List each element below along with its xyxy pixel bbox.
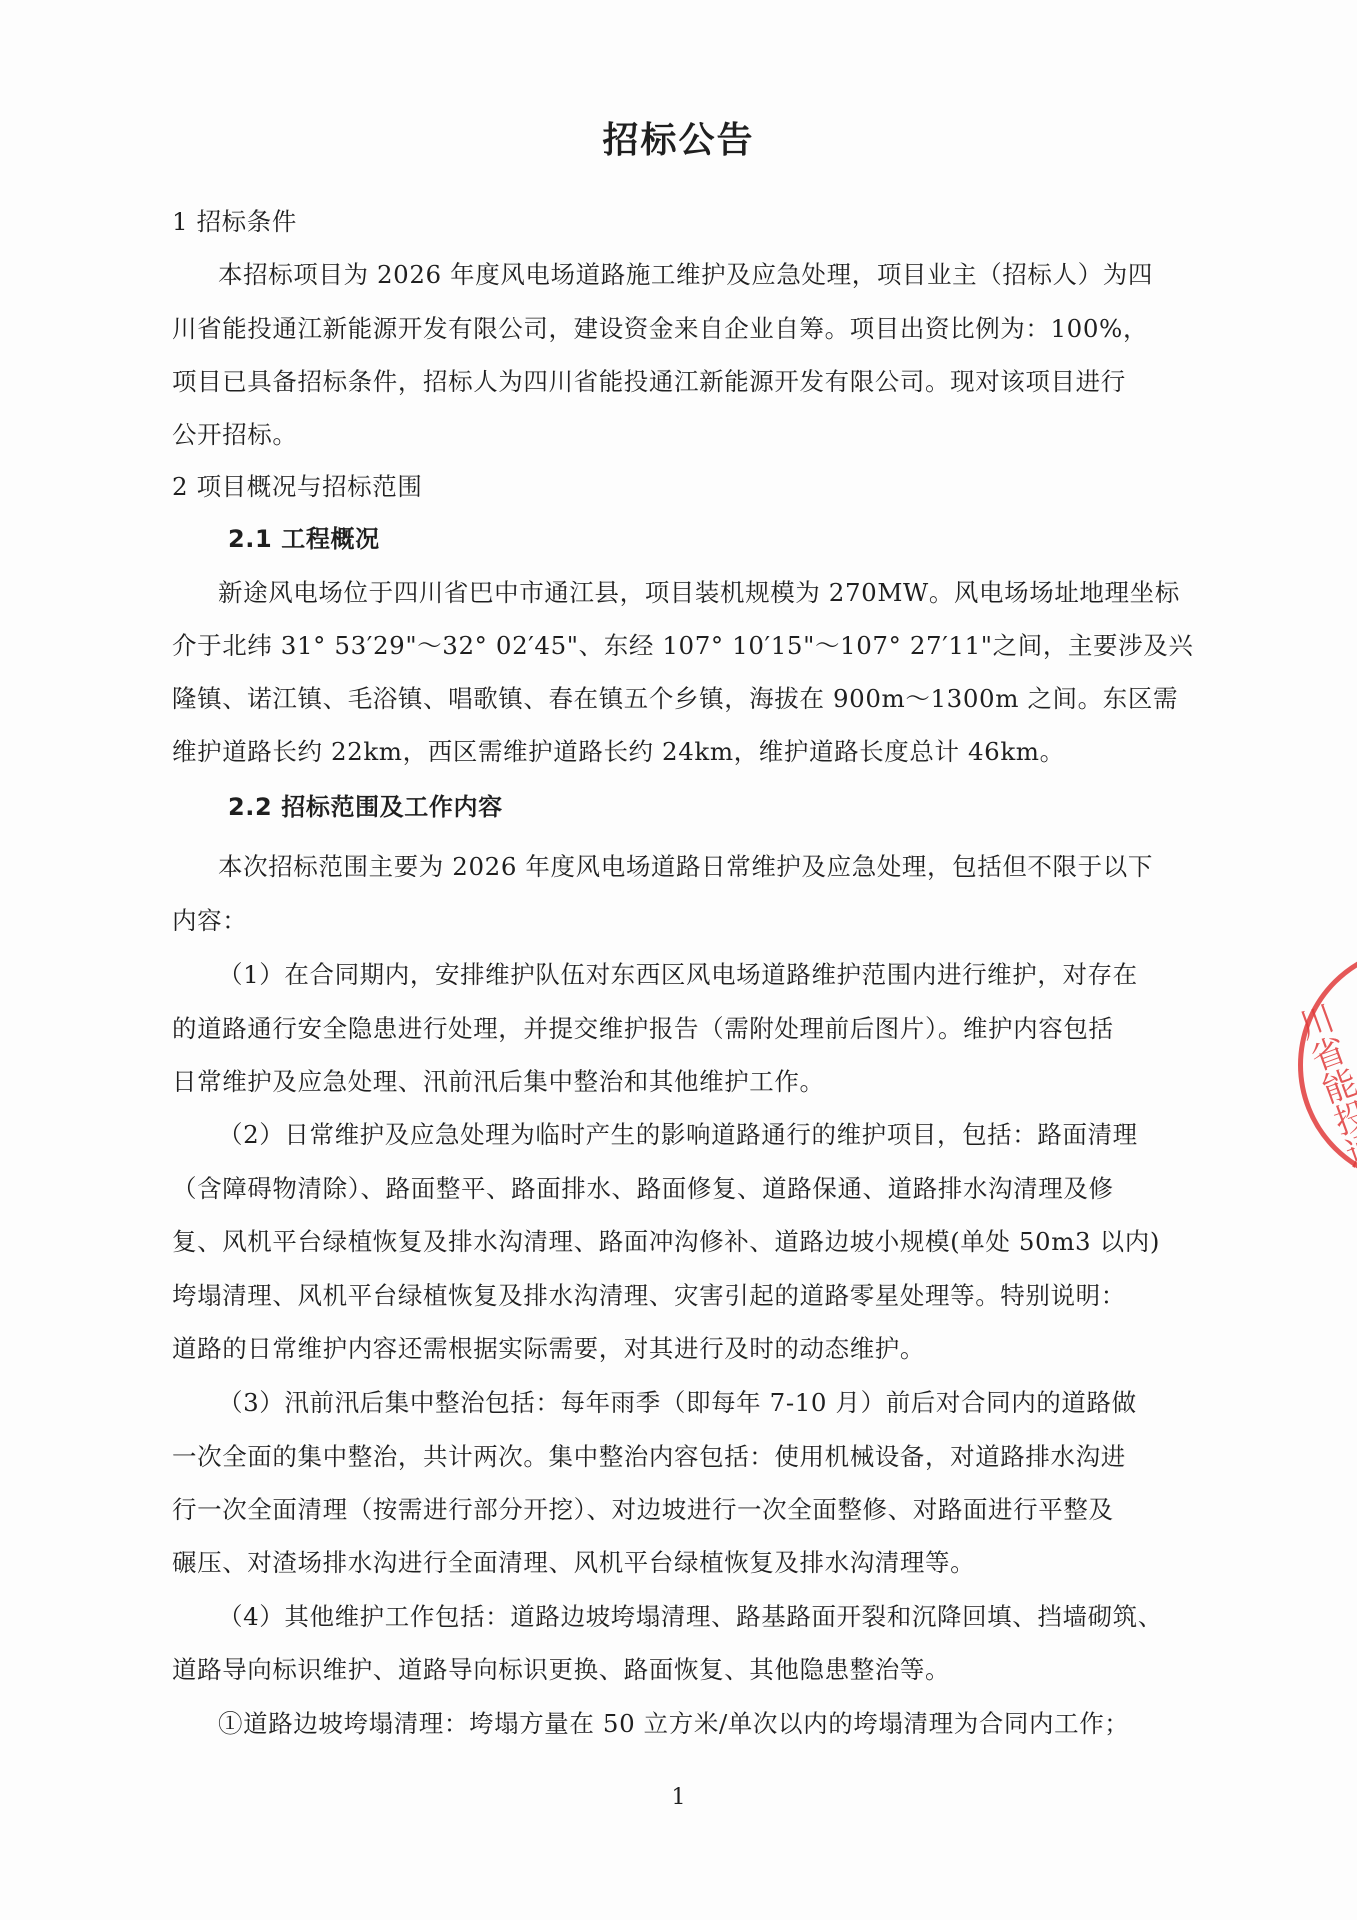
body-text-line: 公开招标。 <box>172 418 298 452</box>
body-text-line: （1）在合同期内，安排维护队伍对东西区风电场道路维护范围内进行维护，对存在 <box>218 958 1138 992</box>
body-text-line: （含障碍物清除）、路面整平、路面排水、路面修复、道路保通、道路排水沟清理及修 <box>172 1172 1114 1206</box>
body-text-line: （4）其他维护工作包括：道路边坡垮塌清理、路基路面开裂和沉降回填、挡墙砌筑、 <box>218 1600 1163 1634</box>
document-page: 招标公告 1 招标条件本招标项目为 2026 年度风电场道路施工维护及应急处理，… <box>0 0 1357 1920</box>
body-text-line: 隆镇、诺江镇、毛浴镇、唱歌镇、春在镇五个乡镇，海拔在 900m～1300m 之间… <box>172 682 1178 716</box>
body-text-line: 川省能投通江新能源开发有限公司，建设资金来自企业自筹。项目出资比例为：100%， <box>172 312 1148 346</box>
body-text-line: 本招标项目为 2026 年度风电场道路施工维护及应急处理，项目业主（招标人）为四 <box>218 258 1153 292</box>
body-text-line: 本次招标范围主要为 2026 年度风电场道路日常维护及应急处理，包括但不限于以下 <box>218 850 1153 884</box>
body-text-line: （3）汛前汛后集中整治包括：每年雨季（即每年 7-10 月）前后对合同内的道路做 <box>218 1386 1137 1420</box>
document-title: 招标公告 <box>0 112 1357 163</box>
body-text-line: 碾压、对渣场排水沟进行全面清理、风机平台绿植恢复及排水沟清理等。 <box>172 1546 975 1580</box>
body-text-line: 复、风机平台绿植恢复及排水沟清理、路面冲沟修补、道路边坡小规模(单处 50m3 … <box>172 1225 1160 1259</box>
body-text-line: 新途风电场位于四川省巴中市通江县，项目装机规模为 270MW。风电场场址地理坐标 <box>218 576 1180 610</box>
body-text-line: 道路导向标识维护、道路导向标识更换、路面恢复、其他隐患整治等。 <box>172 1653 950 1687</box>
body-text-line: 介于北纬 31° 53′29"～32° 02′45"、东经 107° 10′15… <box>172 629 1193 663</box>
subsection-heading: 2.2 招标范围及工作内容 <box>228 790 503 824</box>
body-text-line: 日常维护及应急处理、汛前汛后集中整治和其他维护工作。 <box>172 1065 825 1099</box>
section-heading: 1 招标条件 <box>172 205 297 239</box>
section-heading: 2 项目概况与招标范围 <box>172 470 422 504</box>
body-text-line: ①道路边坡垮塌清理：垮塌方量在 50 立方米/单次以内的垮塌清理为合同内工作； <box>218 1707 1129 1741</box>
body-text-line: 行一次全面清理（按需进行部分开挖）、对边坡进行一次全面整修、对路面进行平整及 <box>172 1493 1114 1527</box>
body-text-line: 维护道路长约 22km，西区需维护道路长约 24km，维护道路长度总计 46km… <box>172 735 1065 769</box>
body-text-line: 的道路通行安全隐患进行处理，并提交维护报告（需附处理前后图片）。维护内容包括 <box>172 1012 1114 1046</box>
body-text-line: 内容： <box>172 904 247 938</box>
subsection-heading: 2.1 工程概况 <box>228 522 380 556</box>
body-text-line: 一次全面的集中整治，共计两次。集中整治内容包括：使用机械设备，对道路排水沟进 <box>172 1440 1126 1474</box>
body-text-line: 道路的日常维护内容还需根据实际需要，对其进行及时的动态维护。 <box>172 1332 925 1366</box>
body-text-line: 垮塌清理、风机平台绿植恢复及排水沟清理、灾害引起的道路零星处理等。特别说明： <box>172 1279 1126 1313</box>
page-number: 1 <box>0 1785 1357 1810</box>
body-text-line: 项目已具备招标条件，招标人为四川省能投通江新能源开发有限公司。现对该项目进行 <box>172 365 1126 399</box>
body-text-line: （2）日常维护及应急处理为临时产生的影响道路通行的维护项目，包括：路面清理 <box>218 1118 1138 1152</box>
